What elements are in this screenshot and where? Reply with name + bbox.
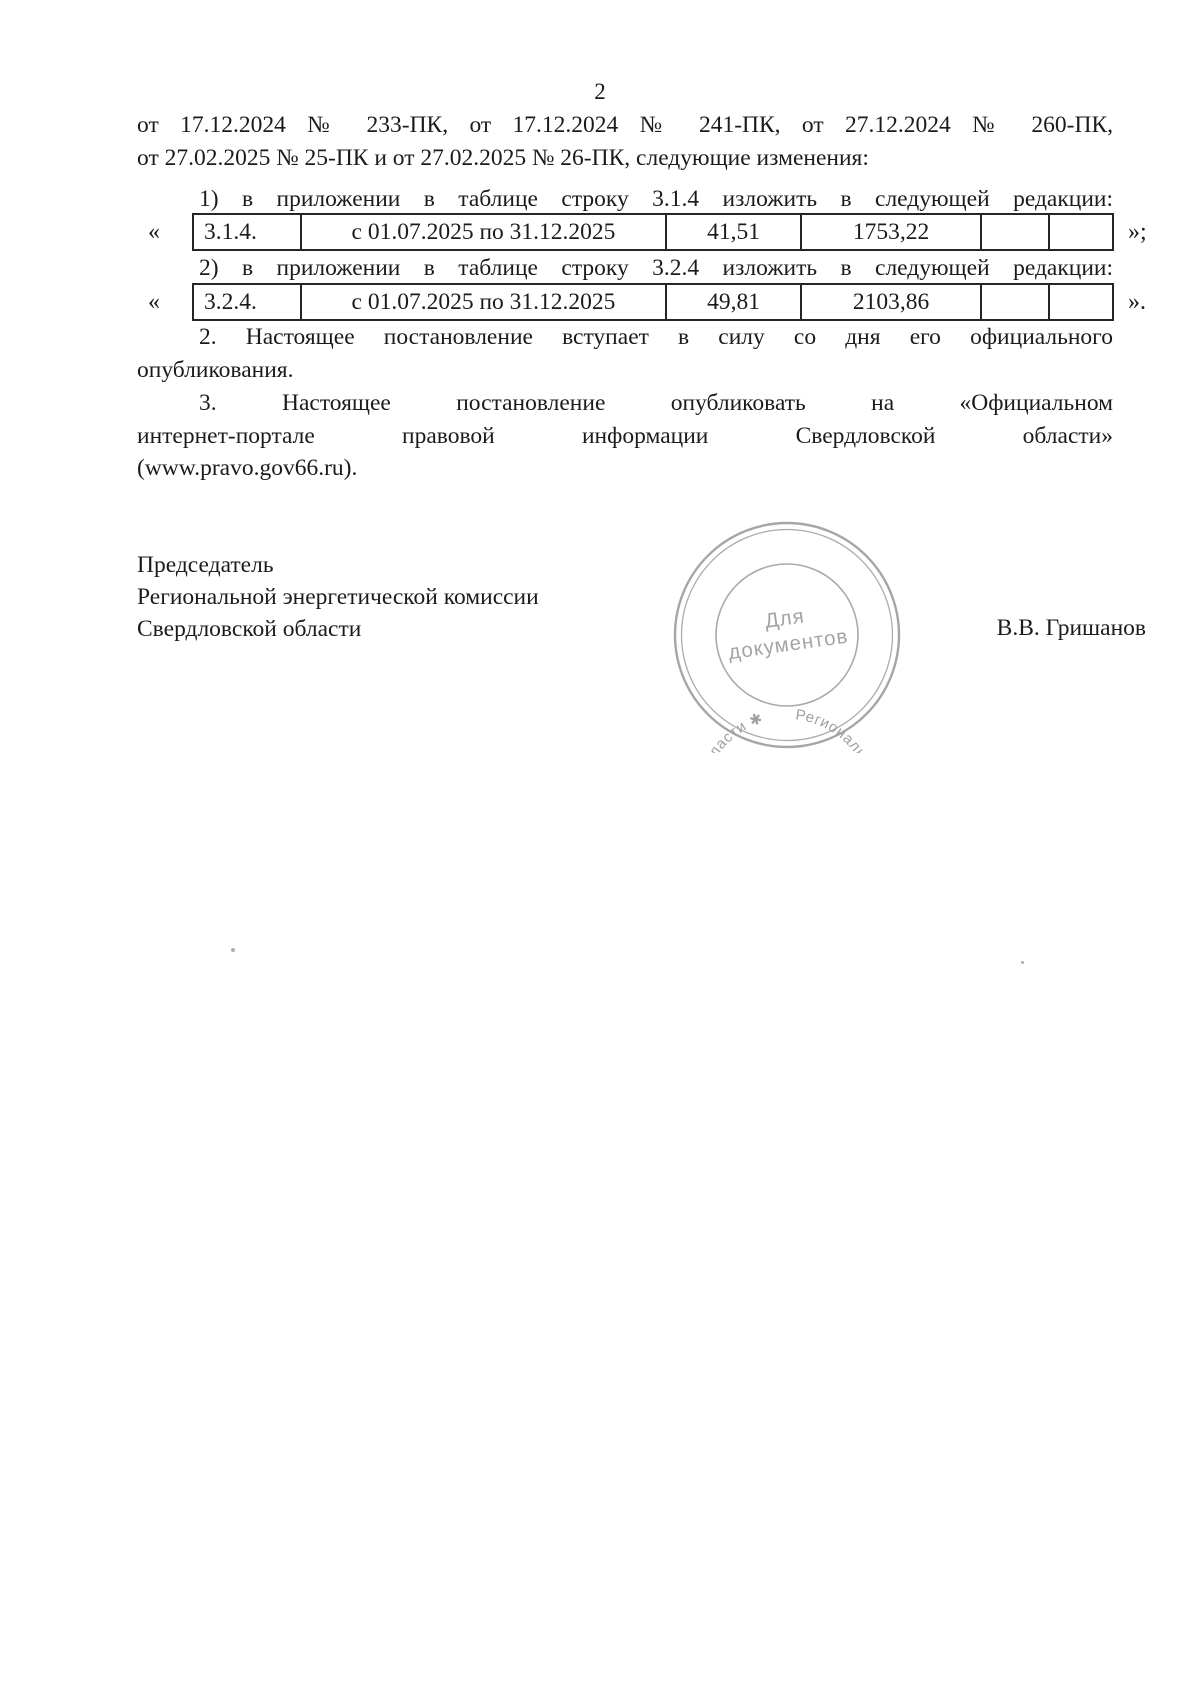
signer-position-line-2: Региональной энергетической комиссии bbox=[137, 581, 757, 613]
tariff-table-row-2: « 3.2.4. с 01.07.2025 по 31.12.2025 49,8… bbox=[137, 283, 1157, 321]
page-number: 2 bbox=[0, 79, 1200, 105]
table-cell-value-1: 49,81 bbox=[666, 284, 801, 320]
clause-3-line-1: 3. Настоящее постановление опубликовать … bbox=[137, 387, 1113, 420]
table-cell-period: с 01.07.2025 по 31.12.2025 bbox=[301, 284, 666, 320]
intro-paragraph: от 17.12.2024 № 233-ПК, от 17.12.2024 № … bbox=[137, 109, 1113, 174]
table-cell-value-2: 2103,86 bbox=[801, 284, 981, 320]
signature-block: Председатель Региональной энергетической… bbox=[137, 549, 757, 645]
document-page: 2 от 17.12.2024 № 233-ПК, от 17.12.2024 … bbox=[0, 0, 1200, 1697]
signer-name: В.В. Гришанов bbox=[900, 613, 1146, 643]
table-cell-empty bbox=[981, 214, 1049, 250]
resolution-clause-3: 3. Настоящее постановление опубликовать … bbox=[137, 387, 1113, 485]
table-cell-empty bbox=[981, 284, 1049, 320]
table-cell-row-number: 3.1.4. bbox=[193, 214, 301, 250]
table-row: 3.2.4. с 01.07.2025 по 31.12.2025 49,81 … bbox=[193, 284, 1113, 320]
open-quote: « bbox=[137, 219, 192, 246]
tariff-table-row-1: « 3.1.4. с 01.07.2025 по 31.12.2025 41,5… bbox=[137, 213, 1157, 251]
tariff-table-2: 3.2.4. с 01.07.2025 по 31.12.2025 49,81 … bbox=[192, 283, 1114, 321]
clause-3-line-3: (www.pravo.gov66.ru). bbox=[137, 452, 1113, 485]
resolution-clause-2: 2. Настоящее постановление вступает в си… bbox=[137, 321, 1113, 386]
close-quote: ». bbox=[1128, 289, 1146, 316]
clause-3-line-2: интернет-портале правовой информации Све… bbox=[137, 420, 1113, 453]
close-quote: »; bbox=[1128, 219, 1147, 246]
table-cell-value-1: 41,51 bbox=[666, 214, 801, 250]
signer-position-line-3: Свердловской области bbox=[137, 613, 757, 645]
stamp-center-line-1: Для bbox=[763, 604, 806, 632]
scan-artifact-dot bbox=[1021, 961, 1024, 964]
amendment-item-2: 2) в приложении в таблице строку 3.2.4 и… bbox=[137, 252, 1113, 285]
table-cell-row-number: 3.2.4. bbox=[193, 284, 301, 320]
official-stamp-seal: Региональная энергетическая комиссия Све… bbox=[669, 517, 905, 753]
open-quote: « bbox=[137, 289, 192, 316]
amendment-item-1: 1) в приложении в таблице строку 3.1.4 и… bbox=[137, 183, 1113, 216]
table-cell-period: с 01.07.2025 по 31.12.2025 bbox=[301, 214, 666, 250]
table-cell-value-2: 1753,22 bbox=[801, 214, 981, 250]
table-cell-empty bbox=[1049, 284, 1113, 320]
signer-position-line-1: Председатель bbox=[137, 549, 757, 581]
table-cell-empty bbox=[1049, 214, 1113, 250]
intro-line-2: от 27.02.2025 № 25-ПК и от 27.02.2025 № … bbox=[137, 142, 1113, 175]
intro-line-1: от 17.12.2024 № 233-ПК, от 17.12.2024 № … bbox=[137, 109, 1113, 142]
tariff-table-1: 3.1.4. с 01.07.2025 по 31.12.2025 41,51 … bbox=[192, 213, 1114, 251]
table-row: 3.1.4. с 01.07.2025 по 31.12.2025 41,51 … bbox=[193, 214, 1113, 250]
clause-2-line-1: 2. Настоящее постановление вступает в си… bbox=[137, 321, 1113, 354]
stamp-center-text: Для документов bbox=[723, 599, 850, 664]
scan-artifact-dot bbox=[231, 948, 235, 952]
clause-2-line-2: опубликования. bbox=[137, 354, 1113, 387]
stamp-center-line-2: документов bbox=[727, 625, 850, 665]
